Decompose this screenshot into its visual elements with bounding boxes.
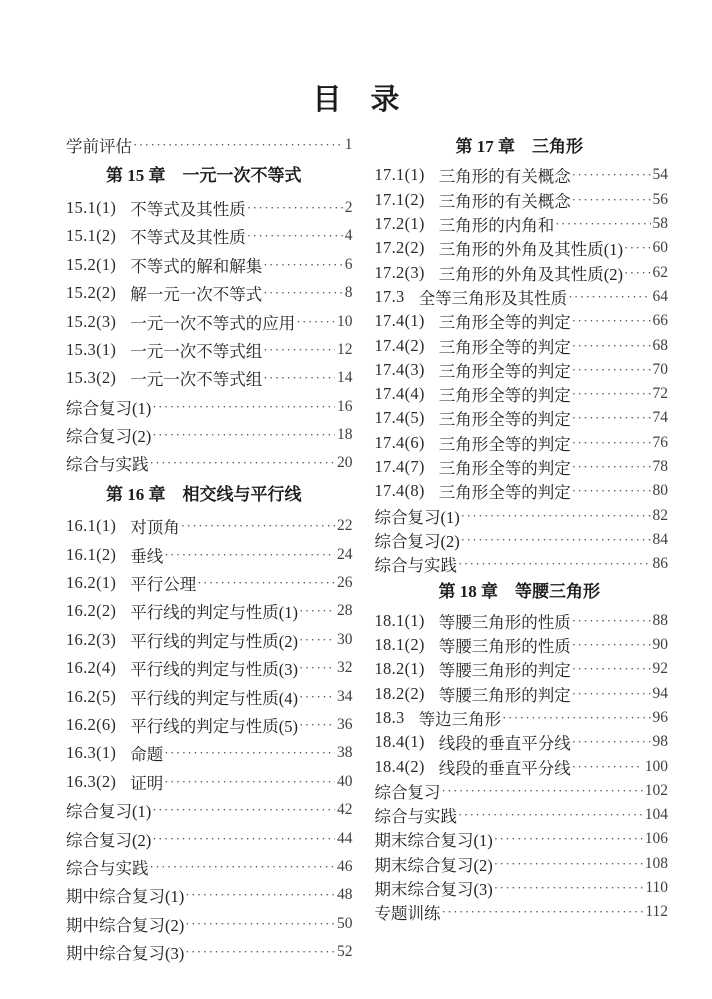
toc-entry: 学前评估····································… — [55, 131, 353, 159]
entry-label: 垂线 — [130, 543, 163, 567]
entry-page-number: 38 — [335, 744, 353, 762]
toc-entry: 15.2(1)不等式的解和解集·························… — [55, 251, 353, 279]
entry-label: 三角形全等的判定 — [439, 334, 571, 358]
entry-label: 三角形全等的判定 — [439, 431, 571, 455]
entry-label: 综合复习(2) — [66, 827, 151, 851]
toc-entry: 综合复习····································… — [371, 779, 669, 803]
entry-page-number: 108 — [643, 855, 668, 873]
entry-label: 综合复习(2) — [66, 423, 151, 447]
dot-leader: ········································… — [298, 603, 335, 619]
entry-label: 证明 — [130, 770, 163, 794]
toc-entry: 16.3(2)证明·······························… — [55, 768, 353, 796]
entry-label: 三角形全等的判定 — [439, 479, 571, 503]
dot-leader: ········································… — [298, 660, 335, 676]
entry-page-number: 60 — [651, 239, 669, 257]
entry-label: 等边三角形 — [419, 706, 502, 730]
entry-label: 平行线的判定与性质(4) — [130, 685, 298, 709]
chapter-heading: 第 16 章 相交线与平行线 — [55, 481, 353, 509]
dot-leader: ········································… — [163, 547, 335, 563]
entry-label: 一元一次不等式组 — [130, 338, 262, 362]
dot-leader: ········································… — [571, 661, 651, 677]
entry-label: 综合与实践 — [66, 855, 149, 879]
entry-number: 18.1(2) — [375, 635, 425, 655]
entry-number: 17.2(3) — [375, 263, 425, 283]
entry-number: 15.3(2) — [66, 368, 116, 388]
dot-leader: ········································… — [571, 410, 651, 426]
toc-entry: 16.2(4)平行线的判定与性质(3)·····················… — [55, 654, 353, 682]
entry-label: 综合复习(2) — [375, 528, 460, 552]
toc-entry: 综合与实践···································… — [371, 803, 669, 827]
dot-leader: ········································… — [180, 518, 335, 534]
entry-page-number: 28 — [335, 602, 353, 620]
entry-label: 等腰三角形的判定 — [439, 657, 571, 681]
entry-number: 17.4(8) — [375, 481, 425, 501]
toc-entry: 15.2(3)一元一次不等式的应用·······················… — [55, 307, 353, 335]
entry-page-number: 66 — [651, 312, 669, 330]
entry-page-number: 54 — [651, 166, 669, 184]
toc-entry: 17.2(1)三角形的内角和··························… — [371, 212, 669, 236]
entry-number: 15.2(1) — [66, 255, 116, 275]
entry-label: 平行线的判定与性质(2) — [130, 628, 298, 652]
entry-label: 期末综合复习(1) — [375, 827, 493, 851]
toc-entry: 17.4(2)三角形全等的判定·························… — [371, 333, 669, 357]
dot-leader: ········································… — [493, 856, 643, 872]
dot-leader: ········································… — [571, 338, 651, 354]
entry-page-number: 112 — [643, 903, 668, 921]
toc-entry: 18.3等边三角形·······························… — [371, 706, 669, 730]
dot-leader: ········································… — [571, 386, 651, 402]
dot-leader: ········································… — [571, 613, 651, 629]
toc-entry: 18.2(1)等腰三角形的判定·························… — [371, 657, 669, 681]
dot-leader: ········································… — [571, 637, 651, 653]
entry-page-number: 76 — [651, 434, 669, 452]
entry-page-number: 8 — [343, 284, 353, 302]
toc-entry: 期中综合复习(1)·······························… — [55, 881, 353, 909]
dot-leader: ········································… — [246, 228, 343, 244]
entry-label: 学前评估 — [66, 133, 132, 157]
entry-label: 三角形的外角及其性质(2) — [439, 261, 623, 285]
page-title: 目 录 — [0, 0, 712, 117]
toc-entry: 综合复习(1)·································… — [55, 796, 353, 824]
toc-entry: 16.1(1)对顶角······························… — [55, 512, 353, 540]
dot-leader: ········································… — [571, 313, 651, 329]
entry-page-number: 42 — [335, 801, 353, 819]
entry-page-number: 10 — [335, 313, 353, 331]
toc-entry: 17.4(8)三角形全等的判定·························… — [371, 479, 669, 503]
entry-label: 综合复习(1) — [66, 798, 151, 822]
entry-label: 平行线的判定与性质(3) — [130, 656, 298, 680]
entry-label: 期末综合复习(3) — [375, 876, 493, 900]
entry-number: 16.1(2) — [66, 545, 116, 565]
entry-number: 18.4(2) — [375, 757, 425, 777]
toc-entry: 15.1(2)不等式及其性质··························… — [55, 222, 353, 250]
dot-leader: ········································… — [493, 880, 644, 896]
dot-leader: ········································… — [151, 427, 335, 443]
entry-number: 17.4(4) — [375, 384, 425, 404]
entry-number: 18.4(1) — [375, 732, 425, 752]
entry-number: 16.2(3) — [66, 630, 116, 650]
entry-label: 命题 — [130, 741, 163, 765]
entry-page-number: 14 — [335, 369, 353, 387]
toc-entry: 18.2(2)等腰三角形的判定·························… — [371, 682, 669, 706]
entry-number: 15.1(2) — [66, 226, 116, 246]
dot-leader: ········································… — [151, 831, 335, 847]
entry-page-number: 4 — [343, 227, 353, 245]
toc-entry: 17.4(6)三角形全等的判定·························… — [371, 431, 669, 455]
toc-entry: 期中综合复习(2)·······························… — [55, 910, 353, 938]
dot-leader: ········································… — [151, 802, 335, 818]
entry-label: 平行公理 — [130, 571, 196, 595]
entry-number: 16.2(4) — [66, 658, 116, 678]
dot-leader: ········································… — [149, 859, 336, 875]
entry-number: 16.1(1) — [66, 516, 116, 536]
dot-leader: ········································… — [262, 370, 335, 386]
entry-number: 16.2(5) — [66, 687, 116, 707]
toc-entry: 18.1(2)等腰三角形的性质·························… — [371, 633, 669, 657]
entry-label: 期中综合复习(2) — [66, 912, 184, 936]
entry-number: 18.3 — [375, 708, 405, 728]
entry-label: 平行线的判定与性质(5) — [130, 713, 298, 737]
entry-page-number: 12 — [335, 341, 353, 359]
toc-entry: 15.1(1)不等式及其性质··························… — [55, 194, 353, 222]
dot-leader: ········································… — [571, 759, 643, 775]
entry-page-number: 102 — [643, 782, 668, 800]
entry-page-number: 52 — [335, 943, 353, 961]
dot-leader: ········································… — [571, 362, 651, 378]
entry-label: 对顶角 — [130, 514, 180, 538]
entry-number: 17.4(2) — [375, 336, 425, 356]
entry-page-number: 64 — [651, 288, 669, 306]
toc-entry: 16.2(3)平行线的判定与性质(2)·····················… — [55, 626, 353, 654]
dot-leader: ········································… — [571, 167, 651, 183]
entry-label: 综合复习(1) — [66, 395, 151, 419]
toc-entry: 综合复习(2)·································… — [55, 421, 353, 449]
entry-page-number: 16 — [335, 398, 353, 416]
entry-page-number: 100 — [643, 758, 668, 776]
dot-leader: ········································… — [151, 399, 335, 415]
entry-label: 期中综合复习(1) — [66, 883, 184, 907]
entry-label: 三角形全等的判定 — [439, 358, 571, 382]
entry-label: 一元一次不等式组 — [130, 366, 262, 390]
entry-page-number: 74 — [651, 409, 669, 427]
entry-number: 16.3(2) — [66, 772, 116, 792]
entry-label: 不等式及其性质 — [130, 196, 246, 220]
dot-leader: ········································… — [262, 257, 343, 273]
toc-entry: 17.4(7)三角形全等的判定·························… — [371, 455, 669, 479]
entry-number: 15.2(3) — [66, 312, 116, 332]
toc-entry: 16.3(1)命题·······························… — [55, 739, 353, 767]
entry-number: 17.4(6) — [375, 433, 425, 453]
toc-entry: 17.1(1)三角形的有关概念·························… — [371, 163, 669, 187]
entry-page-number: 20 — [335, 454, 353, 472]
dot-leader: ········································… — [501, 710, 650, 726]
toc-entry: 18.4(1)线段的垂直平分线·························… — [371, 730, 669, 754]
entry-page-number: 82 — [651, 507, 669, 525]
toc-entry: 18.1(1)等腰三角形的性质·························… — [371, 609, 669, 633]
toc-entry: 16.2(1)平行公理·····························… — [55, 569, 353, 597]
dot-leader: ········································… — [132, 137, 343, 153]
chapter-heading: 第 15 章 一元一次不等式 — [55, 162, 353, 190]
entry-page-number: 48 — [335, 886, 353, 904]
entry-number: 16.2(6) — [66, 715, 116, 735]
dot-leader: ········································… — [457, 556, 651, 572]
toc-entry: 期末综合复习(2)·······························… — [371, 852, 669, 876]
entry-label: 等腰三角形的性质 — [439, 633, 571, 657]
entry-label: 解一元一次不等式 — [130, 281, 262, 305]
entry-label: 不等式及其性质 — [130, 224, 246, 248]
toc-entry: 17.4(3)三角形全等的判定·························… — [371, 358, 669, 382]
toc-entry: 17.2(2)三角形的外角及其性质(1)····················… — [371, 236, 669, 260]
dot-leader: ········································… — [184, 944, 335, 960]
dot-leader: ········································… — [554, 216, 650, 232]
toc-entry: 综合复习(2)·································… — [55, 824, 353, 852]
entry-page-number: 6 — [343, 256, 353, 274]
entry-page-number: 40 — [335, 773, 353, 791]
dot-leader: ········································… — [457, 807, 643, 823]
entry-label: 三角形的有关概念 — [439, 163, 571, 187]
toc-entry: 期末综合复习(1)·······························… — [371, 827, 669, 851]
toc-entry: 15.2(2)解一元一次不等式·························… — [55, 279, 353, 307]
entry-label: 线段的垂直平分线 — [439, 755, 571, 779]
entry-page-number: 46 — [335, 858, 353, 876]
entry-page-number: 78 — [651, 458, 669, 476]
entry-page-number: 1 — [343, 136, 353, 154]
entry-page-number: 86 — [651, 555, 669, 573]
entry-label: 一元一次不等式的应用 — [130, 310, 295, 334]
entry-page-number: 30 — [335, 631, 353, 649]
dot-leader: ········································… — [571, 734, 651, 750]
entry-label: 综合复习 — [375, 779, 441, 803]
entry-page-number: 72 — [651, 385, 669, 403]
toc-column-left: 学前评估····································… — [55, 131, 353, 966]
toc-entry: 16.2(2)平行线的判定与性质(1)·····················… — [55, 597, 353, 625]
dot-leader: ········································… — [571, 459, 651, 475]
entry-label: 等腰三角形的性质 — [439, 609, 571, 633]
entry-label: 平行线的判定与性质(1) — [130, 599, 298, 623]
entry-page-number: 110 — [643, 879, 668, 897]
entry-page-number: 98 — [651, 733, 669, 751]
toc-entry: 16.2(5)平行线的判定与性质(4)·····················… — [55, 682, 353, 710]
entry-page-number: 24 — [335, 546, 353, 564]
entry-label: 三角形全等的判定 — [439, 382, 571, 406]
chapter-heading: 第 18 章 等腰三角形 — [371, 580, 669, 604]
entry-label: 综合与实践 — [66, 451, 149, 475]
toc-entry: 综合与实践···································… — [55, 449, 353, 477]
dot-leader: ········································… — [298, 717, 335, 733]
dot-leader: ········································… — [571, 483, 651, 499]
dot-leader: ········································… — [571, 192, 651, 208]
dot-leader: ········································… — [460, 532, 651, 548]
dot-leader: ········································… — [298, 689, 335, 705]
toc-entry: 18.4(2)线段的垂直平分线·························… — [371, 754, 669, 778]
dot-leader: ········································… — [149, 455, 336, 471]
entry-number: 17.4(7) — [375, 457, 425, 477]
toc-entry: 综合复习(1)·································… — [371, 503, 669, 527]
entry-label: 综合与实践 — [375, 552, 458, 576]
entry-page-number: 84 — [651, 531, 669, 549]
dot-leader: ········································… — [163, 745, 335, 761]
dot-leader: ········································… — [196, 575, 335, 591]
toc-entry: 17.3全等三角形及其性质···························… — [371, 285, 669, 309]
dot-leader: ········································… — [262, 342, 335, 358]
entry-label: 期中综合复习(3) — [66, 940, 184, 964]
entry-label: 三角形的内角和 — [439, 212, 555, 236]
toc-page: 目 录 学前评估································… — [0, 0, 712, 999]
entry-label: 综合复习(1) — [375, 504, 460, 528]
toc-entry: 17.4(1)三角形全等的判定·························… — [371, 309, 669, 333]
dot-leader: ········································… — [163, 774, 335, 790]
dot-leader: ········································… — [441, 783, 643, 799]
entry-label: 三角形的有关概念 — [439, 188, 571, 212]
entry-page-number: 68 — [651, 337, 669, 355]
entry-page-number: 56 — [651, 191, 669, 209]
dot-leader: ········································… — [184, 887, 335, 903]
entry-page-number: 104 — [643, 806, 668, 824]
entry-number: 17.4(3) — [375, 360, 425, 380]
entry-label: 专题训练 — [375, 900, 441, 924]
entry-label: 全等三角形及其性质 — [419, 285, 568, 309]
entry-number: 15.1(1) — [66, 198, 116, 218]
toc-entry: 16.1(2)垂线·······························… — [55, 540, 353, 568]
toc-columns: 学前评估····································… — [0, 117, 712, 966]
dot-leader: ········································… — [623, 240, 651, 256]
toc-entry: 期中综合复习(3)·······························… — [55, 938, 353, 966]
toc-entry: 15.3(1)一元一次不等式组·························… — [55, 336, 353, 364]
entry-page-number: 106 — [643, 830, 668, 848]
entry-label: 线段的垂直平分线 — [439, 730, 571, 754]
chapter-heading: 第 17 章 三角形 — [371, 135, 669, 159]
entry-number: 15.2(2) — [66, 283, 116, 303]
toc-entry: 16.2(6)平行线的判定与性质(5)·····················… — [55, 711, 353, 739]
entry-page-number: 34 — [335, 688, 353, 706]
entry-page-number: 90 — [651, 636, 669, 654]
toc-entry: 17.1(2)三角形的有关概念·························… — [371, 188, 669, 212]
entry-page-number: 94 — [651, 685, 669, 703]
entry-number: 16.3(1) — [66, 743, 116, 763]
entry-page-number: 88 — [651, 612, 669, 630]
entry-number: 17.4(5) — [375, 408, 425, 428]
dot-leader: ········································… — [460, 508, 651, 524]
toc-entry: 综合与实践···································… — [371, 552, 669, 576]
entry-number: 18.1(1) — [375, 611, 425, 631]
toc-entry: 15.3(2)一元一次不等式组·························… — [55, 364, 353, 392]
entry-page-number: 62 — [651, 264, 669, 282]
entry-page-number: 18 — [335, 426, 353, 444]
entry-number: 17.3 — [375, 287, 405, 307]
dot-leader: ········································… — [441, 904, 644, 920]
entry-number: 17.2(1) — [375, 214, 425, 234]
toc-entry: 17.4(5)三角形全等的判定·························… — [371, 406, 669, 430]
dot-leader: ········································… — [567, 289, 650, 305]
entry-number: 17.2(2) — [375, 238, 425, 258]
entry-number: 16.2(1) — [66, 573, 116, 593]
entry-label: 期末综合复习(2) — [375, 852, 493, 876]
entry-page-number: 32 — [335, 659, 353, 677]
dot-leader: ········································… — [623, 265, 651, 281]
toc-entry: 综合复习(2)·································… — [371, 528, 669, 552]
dot-leader: ········································… — [295, 314, 335, 330]
entry-page-number: 26 — [335, 574, 353, 592]
dot-leader: ········································… — [298, 632, 335, 648]
entry-number: 17.1(1) — [375, 165, 425, 185]
toc-column-right: 第 17 章 三角形17.1(1)三角形的有关概念···············… — [371, 131, 669, 966]
entry-number: 17.4(1) — [375, 311, 425, 331]
toc-entry: 17.2(3)三角形的外角及其性质(2)····················… — [371, 260, 669, 284]
dot-leader: ········································… — [571, 686, 651, 702]
entry-number: 18.2(2) — [375, 684, 425, 704]
entry-label: 等腰三角形的判定 — [439, 682, 571, 706]
entry-page-number: 96 — [651, 709, 669, 727]
entry-page-number: 50 — [335, 915, 353, 933]
toc-entry: 专题训练····································… — [371, 900, 669, 924]
entry-label: 三角形全等的判定 — [439, 455, 571, 479]
entry-label: 三角形全等的判定 — [439, 406, 571, 430]
entry-number: 18.2(1) — [375, 659, 425, 679]
dot-leader: ········································… — [246, 200, 343, 216]
entry-page-number: 80 — [651, 482, 669, 500]
entry-page-number: 58 — [651, 215, 669, 233]
entry-page-number: 44 — [335, 830, 353, 848]
entry-page-number: 22 — [335, 517, 353, 535]
dot-leader: ········································… — [184, 916, 335, 932]
entry-label: 综合与实践 — [375, 803, 458, 827]
dot-leader: ········································… — [571, 435, 651, 451]
entry-page-number: 70 — [651, 361, 669, 379]
entry-page-number: 2 — [343, 199, 353, 217]
entry-number: 17.1(2) — [375, 190, 425, 210]
toc-entry: 综合与实践···································… — [55, 853, 353, 881]
entry-label: 三角形全等的判定 — [439, 309, 571, 333]
dot-leader: ········································… — [262, 285, 343, 301]
entry-label: 三角形的外角及其性质(1) — [439, 236, 623, 260]
toc-entry: 综合复习(1)·································… — [55, 393, 353, 421]
entry-number: 16.2(2) — [66, 601, 116, 621]
dot-leader: ········································… — [493, 831, 643, 847]
toc-entry: 17.4(4)三角形全等的判定·························… — [371, 382, 669, 406]
entry-label: 不等式的解和解集 — [130, 253, 262, 277]
entry-number: 15.3(1) — [66, 340, 116, 360]
entry-page-number: 92 — [651, 660, 669, 678]
entry-page-number: 36 — [335, 716, 353, 734]
toc-entry: 期末综合复习(3)·······························… — [371, 876, 669, 900]
